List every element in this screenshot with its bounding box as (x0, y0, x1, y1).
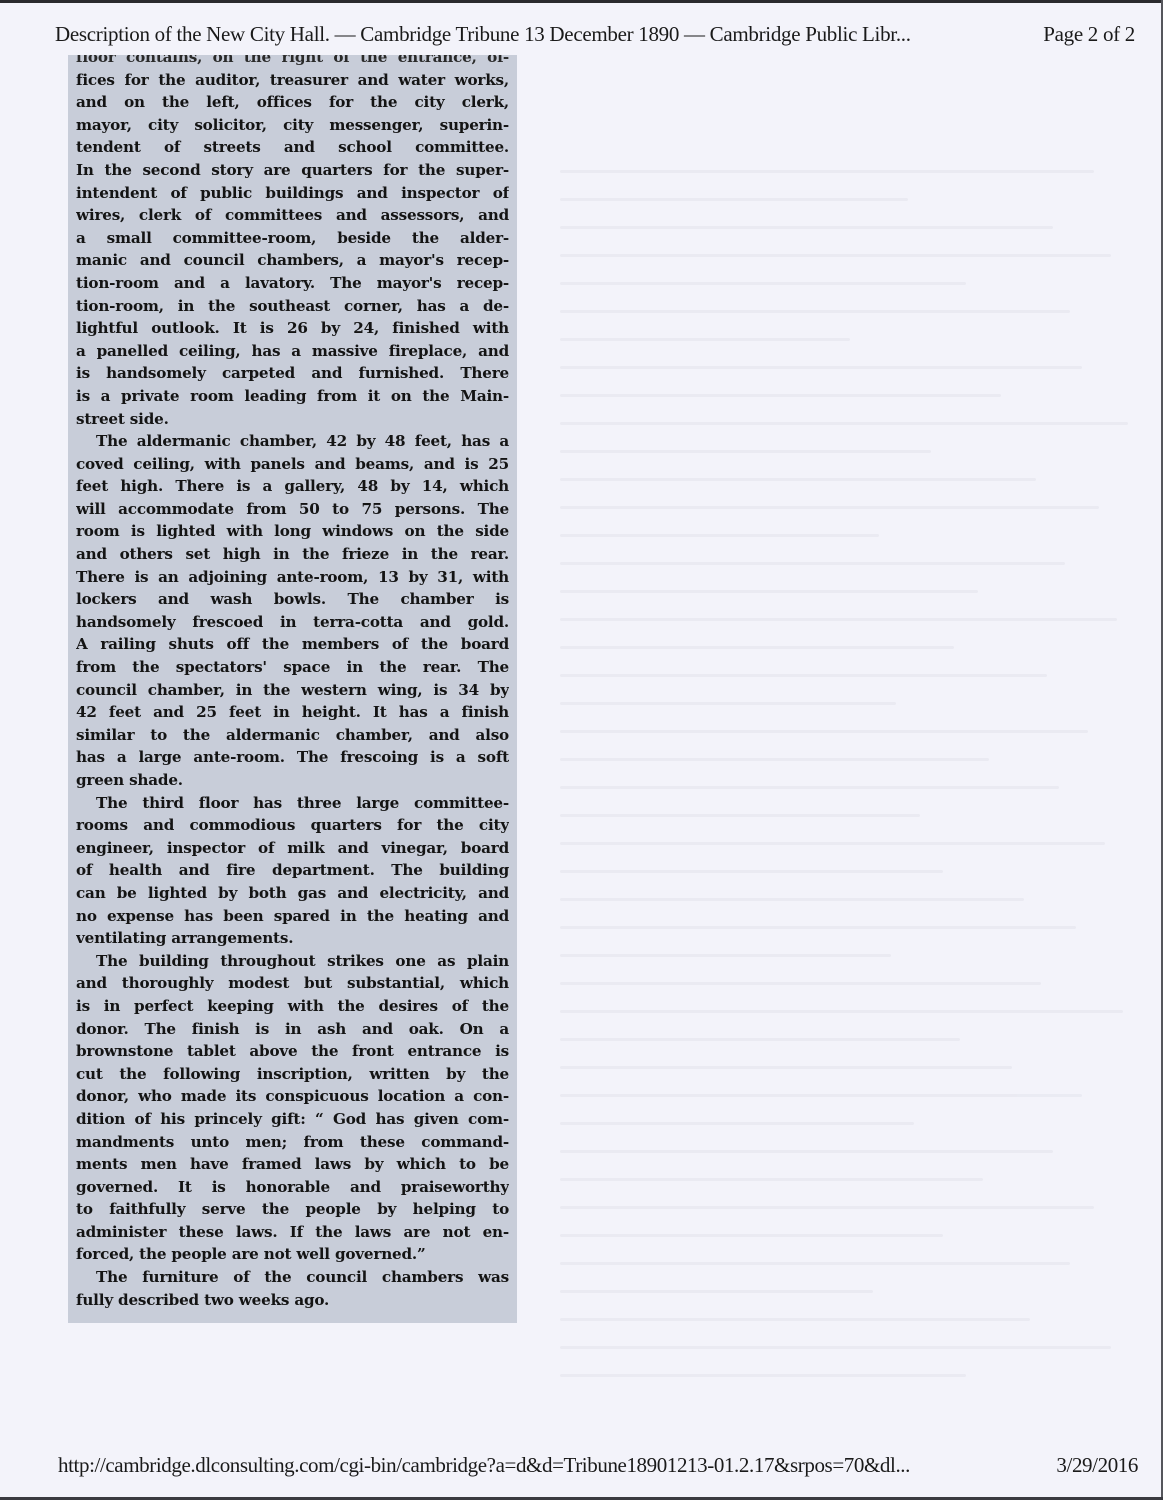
article-line: a panelled ceiling, has a massive firepl… (76, 340, 509, 363)
article-line: and thoroughly modest but substantial, w… (76, 972, 509, 995)
article-line: dition of his princely gift: “ God has g… (76, 1108, 509, 1131)
article-line: mandments unto men; from these command- (76, 1131, 509, 1154)
article-line: has a large ante-room. The frescoing is … (76, 746, 509, 769)
article-line: council chamber, in the western wing, is… (76, 679, 509, 702)
article-line: is in perfect keeping with the desires o… (76, 995, 509, 1018)
article-line: lightful outlook. It is 26 by 24, finish… (76, 317, 509, 340)
document-title: Description of the New City Hall. — Camb… (55, 22, 911, 47)
print-header: Description of the New City Hall. — Camb… (55, 22, 1135, 47)
article-line: no expense has been spared in the heatin… (76, 905, 509, 928)
article-line: a small committee-room, beside the alder… (76, 227, 509, 250)
article-line: wires, clerk of committees and assessors… (76, 204, 509, 227)
article-line: intendent of public buildings and inspec… (76, 182, 509, 205)
article-line: administer these laws. If the laws are n… (76, 1221, 509, 1244)
article-line: is a private room leading from it on the… (76, 385, 509, 408)
article-line: donor, who made its conspicuous location… (76, 1085, 509, 1108)
article-line: feet high. There is a gallery, 48 by 14,… (76, 475, 509, 498)
article-line: green shade. (76, 769, 509, 792)
article-line: street side. (76, 408, 509, 431)
article-line: There is an adjoining ante-room, 13 by 3… (76, 566, 509, 589)
newspaper-clipping: floor contains, on the right of the entr… (68, 55, 517, 1323)
article-line: donor. The finish is in ash and oak. On … (76, 1018, 509, 1041)
article-line: and others set high in the frieze in the… (76, 543, 509, 566)
article-line: tion-room, in the southeast corner, has … (76, 295, 509, 318)
article-line: The furniture of the council chambers wa… (76, 1266, 509, 1289)
article-line: floor contains, on the right of the entr… (76, 55, 509, 69)
print-date: 3/29/2016 (1056, 1453, 1138, 1478)
article-line: to faithfully serve the people by helpin… (76, 1198, 509, 1221)
article-line: of health and fire department. The build… (76, 859, 509, 882)
article-line: tendent of streets and school committee. (76, 136, 509, 159)
article-line: fices for the auditor, treasurer and wat… (76, 69, 509, 92)
page-number: Page 2 of 2 (1043, 22, 1135, 47)
print-footer: http://cambridge.dlconsulting.com/cgi-bi… (58, 1453, 1138, 1478)
article-line: is handsomely carpeted and furnished. Th… (76, 362, 509, 385)
article-line: The building throughout strikes one as p… (76, 950, 509, 973)
article-line: similar to the aldermanic chamber, and a… (76, 724, 509, 747)
article-line: forced, the people are not well governed… (76, 1243, 509, 1266)
article-line: rooms and commodious quarters for the ci… (76, 814, 509, 837)
article-line: manic and council chambers, a mayor's re… (76, 249, 509, 272)
article-line: In the second story are quarters for the… (76, 159, 509, 182)
article-line: ventilating arrangements. (76, 927, 509, 950)
article-line: and on the left, offices for the city cl… (76, 91, 509, 114)
page-top-edge (0, 0, 1163, 3)
article-line: from the spectators' space in the rear. … (76, 656, 509, 679)
article-line: fully described two weeks ago. (76, 1289, 509, 1312)
article-line: handsomely frescoed in terra-cotta and g… (76, 611, 509, 634)
article-line: mayor, city solicitor, city messenger, s… (76, 114, 509, 137)
source-url: http://cambridge.dlconsulting.com/cgi-bi… (58, 1453, 910, 1478)
article-line: coved ceiling, with panels and beams, an… (76, 453, 509, 476)
article-line: cut the following inscription, written b… (76, 1063, 509, 1086)
article-line: engineer, inspector of milk and vinegar,… (76, 837, 509, 860)
article-line: will accommodate from 50 to 75 persons. … (76, 498, 509, 521)
article-line: can be lighted by both gas and electrici… (76, 882, 509, 905)
article-line: The aldermanic chamber, 42 by 48 feet, h… (76, 430, 509, 453)
article-body: floor contains, on the right of the entr… (76, 55, 509, 1311)
article-line: brownstone tablet above the front entran… (76, 1040, 509, 1063)
article-line: The third floor has three large committe… (76, 792, 509, 815)
faint-bleed-through-text (560, 170, 1140, 1420)
article-line: ments men have framed laws by which to b… (76, 1153, 509, 1176)
article-line: A railing shuts off the members of the b… (76, 633, 509, 656)
article-line: lockers and wash bowls. The chamber is (76, 588, 509, 611)
article-line: room is lighted with long windows on the… (76, 520, 509, 543)
article-line: 42 feet and 25 feet in height. It has a … (76, 701, 509, 724)
article-line: tion-room and a lavatory. The mayor's re… (76, 272, 509, 295)
article-line: governed. It is honorable and praisewort… (76, 1176, 509, 1199)
